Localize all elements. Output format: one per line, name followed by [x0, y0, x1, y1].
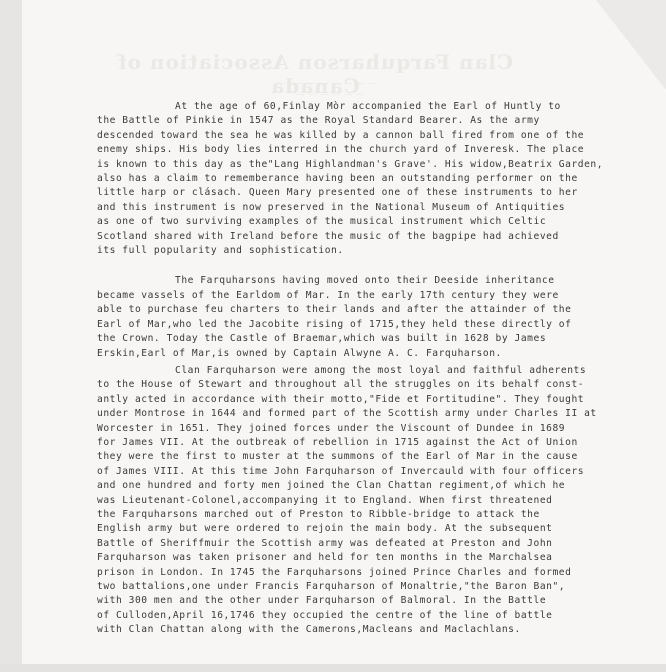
text-line: little harp or clásach. Queen Mary prese…	[97, 186, 657, 200]
text-line: Earl of Mar,who led the Jacobite rising …	[97, 318, 657, 332]
paragraph-finlay-mor: At the age of 60,Finlay Mòr accompanied …	[97, 100, 657, 258]
text-line: Scotland shared with Ireland before the …	[97, 230, 657, 244]
text-line: The Farquharsons having moved onto their…	[97, 274, 657, 288]
text-line: its full popularity and sophistication.	[97, 244, 657, 258]
text-line: and one hundred and forty men joined the…	[97, 479, 657, 493]
text-line: of James VIII. At this time John Farquha…	[97, 465, 657, 479]
text-line: for James VII. At the outbreak of rebell…	[97, 436, 657, 450]
text-line: descended toward the sea he was killed b…	[97, 129, 657, 143]
text-line: able to purchase feu charters to their l…	[97, 303, 657, 317]
text-line: English army but were ordered to rejoin …	[97, 522, 657, 536]
text-line: Clan Farquharson were among the most loy…	[97, 364, 657, 378]
text-line: they were the first to muster at the sum…	[97, 450, 657, 464]
text-line: the Crown. Today the Castle of Braemar,w…	[97, 332, 657, 346]
text-line: antly acted in accordance with their mot…	[97, 393, 657, 407]
text-line: is known to this day as the"Lang Highlan…	[97, 158, 657, 172]
document-body: At the age of 60,Finlay Mòr accompanied …	[97, 100, 657, 638]
text-line: Farquharson was taken prisoner and held …	[97, 551, 657, 565]
bleed-through-subline: — — — — — —	[220, 90, 440, 100]
text-line: Erskin,Earl of Mar,is owned by Captain A…	[97, 347, 657, 361]
text-line: two battalions,one under Francis Farquha…	[97, 580, 657, 594]
bleed-through-subline: — — — — — — — —	[220, 79, 440, 89]
text-line: the Farquharsons marched out of Preston …	[97, 508, 657, 522]
paragraph-house-of-stewart: Clan Farquharson were among the most loy…	[97, 364, 657, 638]
text-line: of Culloden,April 16,1746 they occupied …	[97, 609, 657, 623]
text-line: At the age of 60,Finlay Mòr accompanied …	[97, 100, 657, 114]
scan-bottom-edge	[0, 664, 666, 672]
text-line: with 300 men and the other under Farquha…	[97, 594, 657, 608]
text-line: became vassels of the Earldom of Mar. In…	[97, 289, 657, 303]
text-line: with Clan Chattan along with the Cameron…	[97, 623, 657, 637]
page-corner-fold	[596, 0, 666, 90]
text-line: as one of two surviving examples of the …	[97, 215, 657, 229]
scan-edge	[0, 0, 24, 672]
text-line: and this instrument is now preserved in …	[97, 201, 657, 215]
paragraph-deeside-inheritance: The Farquharsons having moved onto their…	[97, 274, 657, 360]
text-line: the Battle of Pinkie in 1547 as the Roya…	[97, 114, 657, 128]
text-line: to the House of Stewart and throughout a…	[97, 378, 657, 392]
text-line: enemy ships. His body lies interred in t…	[97, 143, 657, 157]
text-line: also has a claim to rememberance having …	[97, 172, 657, 186]
text-line: was Lieutenant-Colonel,accompanying it t…	[97, 494, 657, 508]
text-line: under Montrose in 1644 and formed part o…	[97, 407, 657, 421]
text-line: Worcester in 1651. They joined forces un…	[97, 422, 657, 436]
text-line: prison in London. In 1745 the Farquharso…	[97, 566, 657, 580]
text-line: Battle of Sheriffmuir the Scottish army …	[97, 537, 657, 551]
